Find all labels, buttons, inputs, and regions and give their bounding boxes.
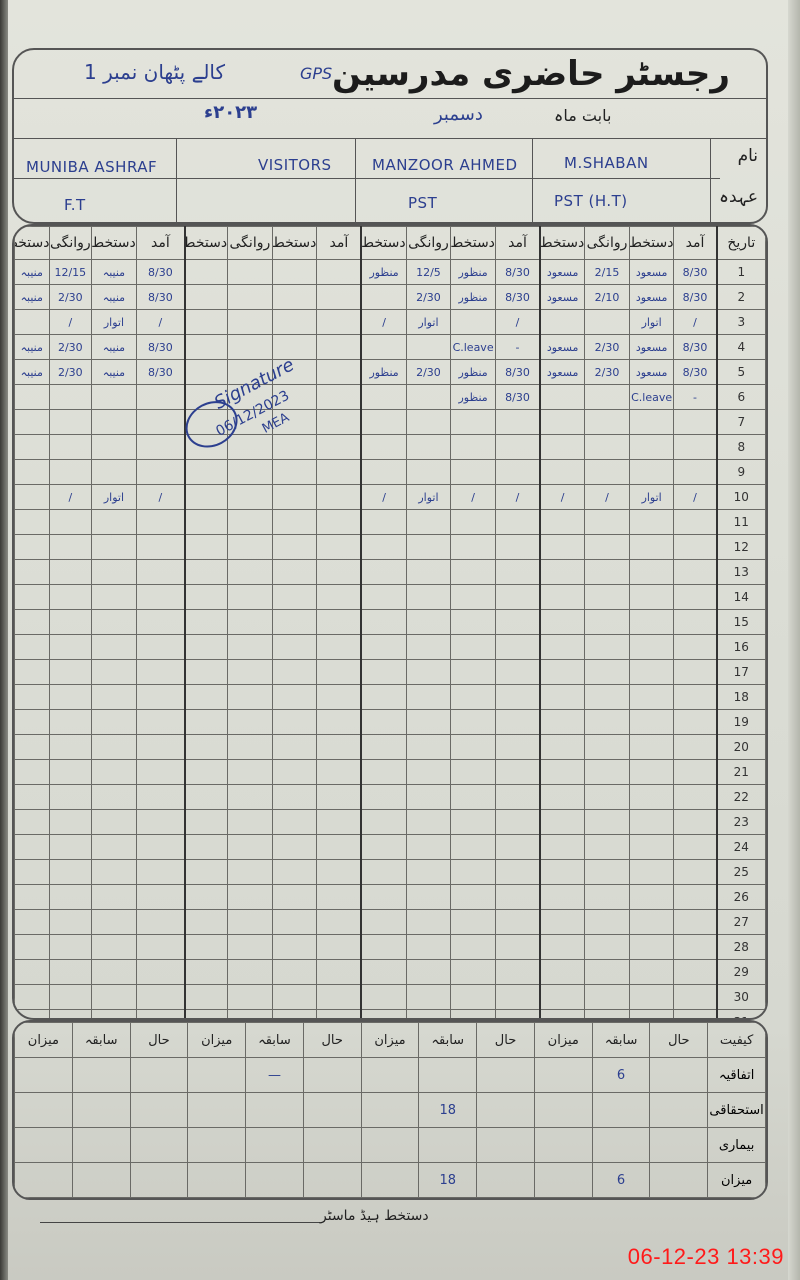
attendance-cell: 8/30 bbox=[495, 360, 540, 385]
summary-row: —6اتفاقیہ bbox=[15, 1058, 766, 1093]
summary-col-header: سابقہ bbox=[246, 1023, 304, 1058]
summary-cell bbox=[188, 1128, 246, 1163]
attendance-cell bbox=[451, 835, 496, 860]
attendance-cell bbox=[272, 485, 317, 510]
attendance-cell bbox=[136, 635, 185, 660]
attendance-cell bbox=[361, 860, 406, 885]
attendance-cell bbox=[406, 935, 451, 960]
summary-col-header: حال bbox=[477, 1023, 535, 1058]
attendance-cell bbox=[92, 985, 137, 1010]
attendance-cell bbox=[49, 860, 92, 885]
attendance-cell bbox=[272, 810, 317, 835]
attendance-cell bbox=[629, 660, 674, 685]
attendance-cell bbox=[406, 460, 451, 485]
summary-cell: 6 bbox=[592, 1163, 650, 1198]
attendance-cell bbox=[406, 510, 451, 535]
attendance-cell bbox=[406, 660, 451, 685]
attendance-cell: 8/30 bbox=[495, 385, 540, 410]
attendance-cell bbox=[185, 985, 228, 1010]
attendance-cell bbox=[15, 610, 50, 635]
attendance-cell bbox=[451, 610, 496, 635]
attendance-cell bbox=[228, 560, 273, 585]
attendance-cell bbox=[185, 910, 228, 935]
date-cell: 17 bbox=[717, 660, 766, 685]
attendance-cell bbox=[49, 560, 92, 585]
attendance-cell: منیبہ bbox=[92, 260, 137, 285]
attendance-cell bbox=[629, 710, 674, 735]
attendance-cell bbox=[317, 535, 362, 560]
attendance-cell bbox=[495, 535, 540, 560]
attendance-cell bbox=[185, 610, 228, 635]
attendance-cell bbox=[674, 635, 717, 660]
attendance-cell: منظور bbox=[451, 285, 496, 310]
attendance-cell bbox=[540, 535, 585, 560]
date-cell: 11 bbox=[717, 510, 766, 535]
attendance-cell bbox=[451, 535, 496, 560]
attendance-cell bbox=[185, 960, 228, 985]
attendance-cell bbox=[185, 510, 228, 535]
date-cell: 21 bbox=[717, 760, 766, 785]
summary-col-header: میزان bbox=[361, 1023, 419, 1058]
attendance-cell bbox=[451, 860, 496, 885]
attendance-cell bbox=[228, 660, 273, 685]
attendance-cell bbox=[317, 1010, 362, 1021]
attendance-cell bbox=[629, 560, 674, 585]
attendance-cell: 8/30 bbox=[136, 285, 185, 310]
divider bbox=[532, 138, 533, 222]
attendance-cell bbox=[15, 585, 50, 610]
attendance-row: /اتوار//اتوار/اتوار/3 bbox=[15, 310, 766, 335]
attendance-cell bbox=[451, 710, 496, 735]
attendance-cell bbox=[585, 810, 630, 835]
attendance-cell bbox=[406, 810, 451, 835]
attendance-cell bbox=[92, 1010, 137, 1021]
attendance-cell bbox=[92, 385, 137, 410]
attendance-cell: / bbox=[540, 485, 585, 510]
attendance-cell bbox=[15, 485, 50, 510]
attendance-cell bbox=[272, 285, 317, 310]
attendance-cell bbox=[185, 935, 228, 960]
attendance-cell: / bbox=[361, 310, 406, 335]
attendance-cell bbox=[185, 485, 228, 510]
attendance-cell bbox=[629, 960, 674, 985]
date-cell: 16 bbox=[717, 635, 766, 660]
attendance-row: 31 bbox=[15, 1010, 766, 1021]
attendance-cell bbox=[92, 535, 137, 560]
attendance-cell bbox=[495, 610, 540, 635]
school-code: GPS bbox=[300, 64, 332, 83]
date-cell: 18 bbox=[717, 685, 766, 710]
attendance-cell bbox=[674, 810, 717, 835]
attendance-cell bbox=[585, 760, 630, 785]
attendance-row: منیبہ2/30منیبہ8/30منظور2/30منظور8/30مسعو… bbox=[15, 360, 766, 385]
attendance-cell bbox=[361, 710, 406, 735]
attendance-cell bbox=[317, 785, 362, 810]
attendance-cell: منیبہ bbox=[92, 335, 137, 360]
attendance-cell bbox=[361, 1010, 406, 1021]
attendance-cell: 2/30 bbox=[49, 285, 92, 310]
attendance-cell bbox=[406, 410, 451, 435]
attendance-cell: C.leave bbox=[629, 385, 674, 410]
attendance-cell bbox=[361, 535, 406, 560]
attendance-cell bbox=[49, 510, 92, 535]
attendance-cell: منظور bbox=[451, 360, 496, 385]
attendance-cell bbox=[540, 910, 585, 935]
attendance-cell bbox=[629, 935, 674, 960]
attendance-cell: منظور bbox=[451, 385, 496, 410]
attendance-cell: منیبہ bbox=[92, 360, 137, 385]
attendance-cell bbox=[228, 260, 273, 285]
summary-cell bbox=[650, 1163, 708, 1198]
attendance-cell bbox=[92, 685, 137, 710]
attendance-cell bbox=[272, 635, 317, 660]
attendance-cell bbox=[585, 785, 630, 810]
attendance-row: 30 bbox=[15, 985, 766, 1010]
attendance-cell bbox=[674, 735, 717, 760]
title-row: رجسٹر حاضری مدرسین GPS کالے پٹھان نمبر 1 bbox=[14, 50, 766, 99]
attendance-cell bbox=[317, 435, 362, 460]
attendance-cell bbox=[49, 735, 92, 760]
attendance-cell bbox=[49, 460, 92, 485]
attendance-cell bbox=[361, 835, 406, 860]
attendance-cell bbox=[540, 760, 585, 785]
attendance-cell bbox=[585, 460, 630, 485]
attendance-cell bbox=[406, 635, 451, 660]
attendance-cell bbox=[585, 735, 630, 760]
attendance-cell bbox=[585, 610, 630, 635]
attendance-cell bbox=[451, 760, 496, 785]
attendance-cell bbox=[495, 860, 540, 885]
attendance-cell bbox=[228, 535, 273, 560]
attendance-cell bbox=[185, 885, 228, 910]
attendance-cell bbox=[629, 435, 674, 460]
attendance-cell bbox=[49, 435, 92, 460]
col-signature: دستخط bbox=[272, 227, 317, 260]
date-cell: 19 bbox=[717, 710, 766, 735]
attendance-cell bbox=[92, 510, 137, 535]
attendance-cell bbox=[15, 460, 50, 485]
attendance-cell bbox=[228, 635, 273, 660]
summary-col-header: کیفیت bbox=[708, 1023, 766, 1058]
attendance-cell bbox=[406, 585, 451, 610]
attendance-cell bbox=[495, 635, 540, 660]
attendance-cell bbox=[228, 1010, 273, 1021]
attendance-cell bbox=[49, 810, 92, 835]
attendance-cell bbox=[136, 860, 185, 885]
attendance-cell: / bbox=[49, 485, 92, 510]
attendance-cell: / bbox=[495, 310, 540, 335]
attendance-cell bbox=[92, 660, 137, 685]
attendance-cell bbox=[185, 260, 228, 285]
attendance-cell bbox=[406, 435, 451, 460]
summary-col-header: حال bbox=[650, 1023, 708, 1058]
attendance-row: 28 bbox=[15, 935, 766, 960]
date-cell: 22 bbox=[717, 785, 766, 810]
attendance-cell bbox=[629, 810, 674, 835]
summary-cell: 18 bbox=[419, 1093, 477, 1128]
attendance-cell bbox=[629, 510, 674, 535]
summary-cell bbox=[303, 1058, 361, 1093]
attendance-cell bbox=[540, 885, 585, 910]
attendance-cell bbox=[540, 510, 585, 535]
attendance-cell bbox=[136, 910, 185, 935]
attendance-row: 14 bbox=[15, 585, 766, 610]
attendance-cell bbox=[272, 910, 317, 935]
divider bbox=[176, 138, 177, 222]
month-row: بابت ماہ دسمبر ۲۰۲۳ء bbox=[14, 98, 766, 139]
attendance-cell bbox=[185, 560, 228, 585]
summary-cell bbox=[534, 1093, 592, 1128]
col-arrival: آمد bbox=[136, 227, 185, 260]
date-cell: 24 bbox=[717, 835, 766, 860]
attendance-cell bbox=[495, 410, 540, 435]
attendance-cell bbox=[136, 760, 185, 785]
attendance-cell bbox=[185, 660, 228, 685]
attendance-cell bbox=[585, 385, 630, 410]
attendance-row: 12 bbox=[15, 535, 766, 560]
attendance-cell bbox=[540, 735, 585, 760]
summary-cell bbox=[303, 1093, 361, 1128]
summary-cell bbox=[303, 1163, 361, 1198]
attendance-cell bbox=[185, 860, 228, 885]
summary-col-header: سابقہ bbox=[592, 1023, 650, 1058]
attendance-cell bbox=[272, 460, 317, 485]
attendance-cell bbox=[136, 610, 185, 635]
attendance-cell bbox=[585, 510, 630, 535]
attendance-cell bbox=[49, 835, 92, 860]
col-arrival: آمد bbox=[674, 227, 717, 260]
month-label: بابت ماہ bbox=[554, 106, 611, 125]
attendance-cell bbox=[451, 960, 496, 985]
summary-col-header: حال bbox=[303, 1023, 361, 1058]
attendance-cell bbox=[629, 760, 674, 785]
attendance-cell bbox=[540, 435, 585, 460]
attendance-cell bbox=[629, 785, 674, 810]
attendance-cell bbox=[451, 435, 496, 460]
staff-name: M.SHABAN bbox=[564, 154, 649, 172]
summary-cell bbox=[361, 1058, 419, 1093]
attendance-cell bbox=[495, 585, 540, 610]
attendance-cell bbox=[406, 560, 451, 585]
summary-cell: 18 bbox=[419, 1163, 477, 1198]
attendance-cell bbox=[272, 610, 317, 635]
attendance-cell bbox=[317, 610, 362, 635]
date-cell: 15 bbox=[717, 610, 766, 635]
attendance-cell bbox=[361, 935, 406, 960]
attendance-cell bbox=[228, 985, 273, 1010]
attendance-cell bbox=[585, 660, 630, 685]
attendance-cell bbox=[674, 510, 717, 535]
attendance-cell: اتوار bbox=[629, 310, 674, 335]
attendance-cell bbox=[317, 810, 362, 835]
attendance-cell bbox=[629, 685, 674, 710]
attendance-cell bbox=[272, 560, 317, 585]
attendance-cell bbox=[361, 285, 406, 310]
attendance-cell bbox=[361, 735, 406, 760]
staff-name: MANZOOR AHMED bbox=[372, 156, 518, 174]
attendance-cell bbox=[136, 810, 185, 835]
attendance-cell bbox=[228, 910, 273, 935]
attendance-cell bbox=[406, 835, 451, 860]
attendance-cell bbox=[495, 710, 540, 735]
attendance-cell bbox=[585, 435, 630, 460]
attendance-cell: 12/5 bbox=[406, 260, 451, 285]
attendance-cell bbox=[540, 385, 585, 410]
summary-row-label: میزان bbox=[708, 1163, 766, 1198]
attendance-cell bbox=[317, 685, 362, 710]
divider bbox=[355, 138, 356, 222]
col-date: تاریخ bbox=[717, 227, 766, 260]
attendance-cell bbox=[92, 935, 137, 960]
attendance-cell: / bbox=[136, 485, 185, 510]
attendance-cell bbox=[585, 560, 630, 585]
attendance-row: منیبہ2/30منیبہ8/30C.leave-مسعود2/30مسعود… bbox=[15, 335, 766, 360]
attendance-cell bbox=[185, 810, 228, 835]
attendance-cell bbox=[272, 985, 317, 1010]
date-cell: 8 bbox=[717, 435, 766, 460]
attendance-cell bbox=[451, 1010, 496, 1021]
attendance-cell: منیبہ bbox=[92, 285, 137, 310]
attendance-cell bbox=[228, 685, 273, 710]
attendance-cell bbox=[585, 635, 630, 660]
attendance-cell bbox=[92, 460, 137, 485]
attendance-cell: 8/30 bbox=[674, 260, 717, 285]
attendance-cell bbox=[92, 810, 137, 835]
attendance-cell bbox=[228, 885, 273, 910]
attendance-cell bbox=[585, 585, 630, 610]
attendance-cell bbox=[272, 785, 317, 810]
attendance-cell bbox=[361, 585, 406, 610]
attendance-cell: مسعود bbox=[629, 360, 674, 385]
attendance-cell bbox=[228, 935, 273, 960]
staff-designation: F.T bbox=[64, 196, 86, 214]
summary-cell bbox=[130, 1093, 188, 1128]
attendance-cell bbox=[406, 735, 451, 760]
attendance-cell: مسعود bbox=[540, 285, 585, 310]
date-cell: 29 bbox=[717, 960, 766, 985]
attendance-cell bbox=[185, 735, 228, 760]
attendance-cell bbox=[674, 760, 717, 785]
attendance-cell bbox=[15, 510, 50, 535]
divider bbox=[710, 138, 711, 222]
designation-row-label: عہدہ bbox=[719, 186, 758, 207]
attendance-cell bbox=[272, 1010, 317, 1021]
attendance-cell: - bbox=[495, 335, 540, 360]
attendance-cell bbox=[317, 710, 362, 735]
divider bbox=[14, 178, 720, 179]
date-cell: 20 bbox=[717, 735, 766, 760]
attendance-cell bbox=[317, 985, 362, 1010]
attendance-cell bbox=[674, 860, 717, 885]
attendance-cell bbox=[15, 410, 50, 435]
attendance-cell bbox=[495, 1010, 540, 1021]
summary-cell bbox=[361, 1128, 419, 1163]
attendance-cell bbox=[361, 960, 406, 985]
attendance-cell bbox=[317, 460, 362, 485]
headmaster-signature-line bbox=[40, 1222, 320, 1223]
attendance-cell: اتوار bbox=[92, 485, 137, 510]
page-edge bbox=[788, 0, 800, 1280]
attendance-cell bbox=[495, 560, 540, 585]
attendance-cell bbox=[228, 810, 273, 835]
attendance-cell bbox=[15, 985, 50, 1010]
attendance-cell bbox=[272, 535, 317, 560]
attendance-cell bbox=[495, 810, 540, 835]
attendance-cell bbox=[540, 635, 585, 660]
attendance-cell bbox=[585, 860, 630, 885]
month-value: دسمبر bbox=[434, 104, 483, 125]
attendance-cell bbox=[136, 585, 185, 610]
staff-name: MUNIBA ASHRAF bbox=[26, 158, 157, 176]
attendance-cell bbox=[317, 885, 362, 910]
attendance-cell bbox=[674, 535, 717, 560]
attendance-cell bbox=[49, 985, 92, 1010]
attendance-cell bbox=[185, 535, 228, 560]
attendance-row: 29 bbox=[15, 960, 766, 985]
attendance-cell: اتوار bbox=[629, 485, 674, 510]
attendance-row: 23 bbox=[15, 810, 766, 835]
attendance-cell bbox=[15, 1010, 50, 1021]
attendance-cell bbox=[540, 460, 585, 485]
attendance-cell bbox=[540, 935, 585, 960]
attendance-cell bbox=[540, 835, 585, 860]
attendance-cell bbox=[15, 685, 50, 710]
attendance-cell: - bbox=[674, 385, 717, 410]
attendance-cell: منظور bbox=[451, 260, 496, 285]
summary-row-label: اتفاقیہ bbox=[708, 1058, 766, 1093]
attendance-cell bbox=[49, 610, 92, 635]
attendance-cell bbox=[15, 885, 50, 910]
attendance-cell bbox=[629, 635, 674, 660]
date-cell: 13 bbox=[717, 560, 766, 585]
attendance-cell bbox=[136, 535, 185, 560]
summary-cell bbox=[72, 1128, 130, 1163]
attendance-cell bbox=[361, 910, 406, 935]
attendance-cell bbox=[228, 710, 273, 735]
attendance-cell bbox=[629, 910, 674, 935]
attendance-cell bbox=[228, 285, 273, 310]
summary-cell bbox=[246, 1163, 304, 1198]
attendance-cell bbox=[272, 585, 317, 610]
attendance-cell bbox=[629, 460, 674, 485]
attendance-cell bbox=[629, 1010, 674, 1021]
attendance-cell bbox=[49, 710, 92, 735]
date-cell: 26 bbox=[717, 885, 766, 910]
attendance-cell bbox=[317, 835, 362, 860]
attendance-cell: 2/30 bbox=[406, 285, 451, 310]
attendance-cell: 8/30 bbox=[674, 285, 717, 310]
attendance-cell bbox=[49, 910, 92, 935]
attendance-cell bbox=[317, 310, 362, 335]
date-cell: 31 bbox=[717, 1010, 766, 1021]
attendance-cell bbox=[674, 985, 717, 1010]
attendance-cell bbox=[585, 885, 630, 910]
attendance-cell: منظور bbox=[361, 260, 406, 285]
attendance-cell bbox=[15, 735, 50, 760]
attendance-cell bbox=[49, 410, 92, 435]
name-row-label: نام bbox=[738, 146, 758, 166]
date-cell: 5 bbox=[717, 360, 766, 385]
attendance-row: 16 bbox=[15, 635, 766, 660]
attendance-cell: اتوار bbox=[92, 310, 137, 335]
summary-row: 186میزان bbox=[15, 1163, 766, 1198]
attendance-cell: 12/15 bbox=[49, 260, 92, 285]
attendance-cell bbox=[272, 735, 317, 760]
attendance-cell bbox=[585, 835, 630, 860]
attendance-row: 26 bbox=[15, 885, 766, 910]
attendance-cell bbox=[15, 435, 50, 460]
attendance-cell bbox=[451, 810, 496, 835]
